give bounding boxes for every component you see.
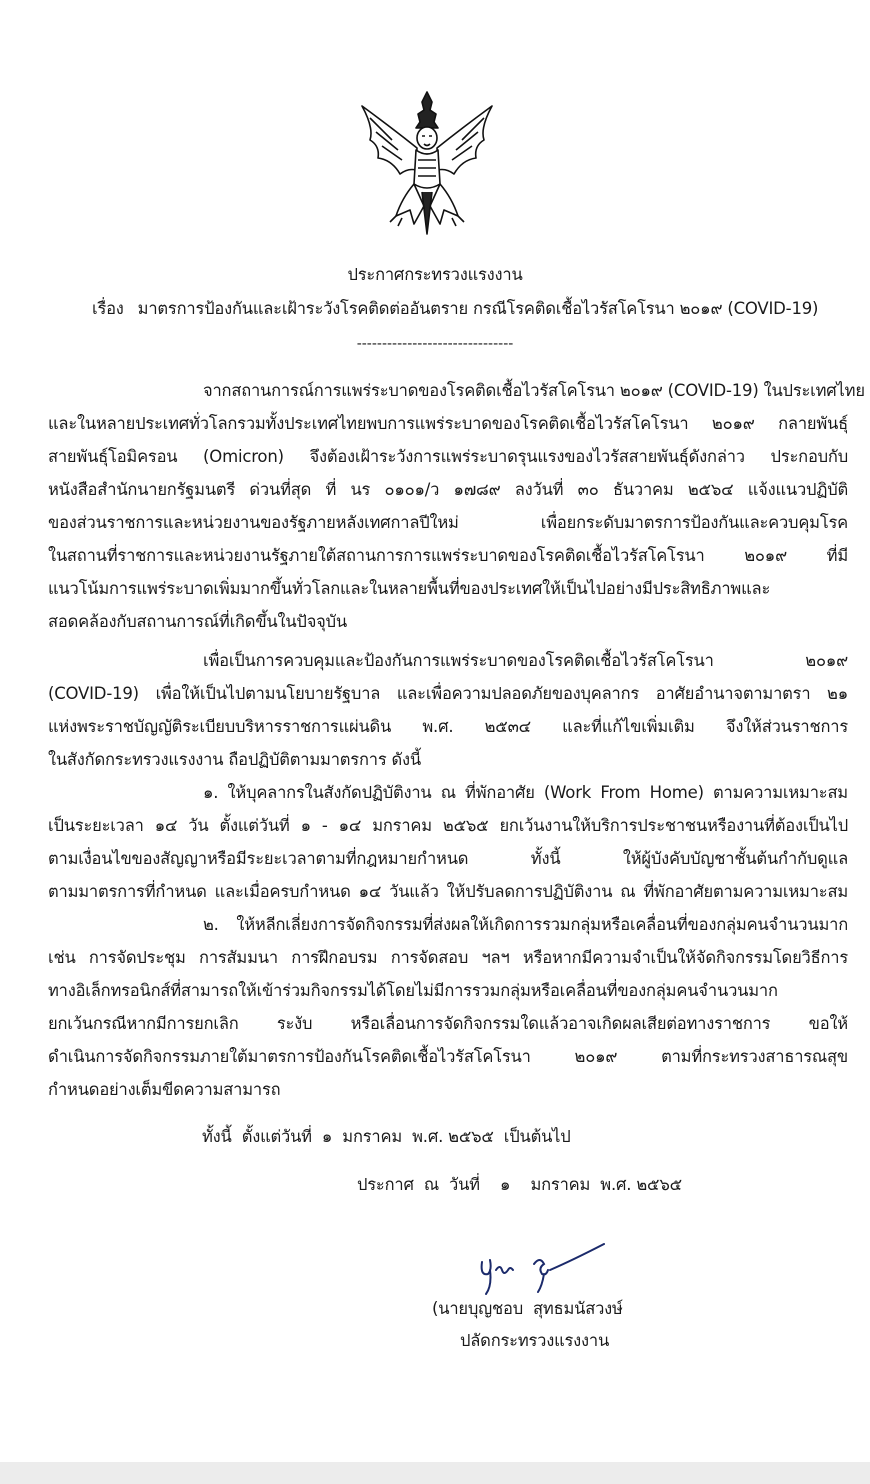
subject-text: มาตรการป้องกันและเฝ้าระวังโรคติดต่ออันตร… bbox=[138, 299, 819, 318]
paragraph-line: หนังสือสำนักนายกรัฐมนตรี ด่วนที่สุด ที่ … bbox=[48, 473, 848, 506]
paragraph-line: ตามเงื่อนไขของสัญญาหรือมีระยะเวลาตามที่ก… bbox=[48, 842, 848, 875]
document-subject: เรื่องมาตรการป้องกันและเฝ้าระวังโรคติดต่… bbox=[92, 296, 818, 322]
paragraph-line: ตามมาตรการที่กำหนด และเมื่อครบกำหนด ๑๔ ว… bbox=[48, 875, 848, 908]
measure-item-2: ๒. ให้หลีกเลี่ยงการจัดกิจกรรมที่ส่งผลให้… bbox=[48, 908, 848, 1106]
paragraph-line: เป็นระยะเวลา ๑๔ วัน ตั้งแต่วันที่ ๑ - ๑๔… bbox=[48, 809, 848, 842]
paragraph-line: กำหนดอย่างเต็มขีดความสามารถ bbox=[48, 1073, 848, 1106]
handwritten-signature-icon bbox=[478, 1240, 608, 1300]
paragraph-line: ในสถานที่ราชการและหน่วยงานรัฐภายใต้สถานก… bbox=[48, 539, 848, 572]
paragraph-line: ยกเว้นกรณีหากมีการยกเลิก ระงับ หรือเลื่อ… bbox=[48, 1007, 848, 1040]
paragraph-line: ในสังกัดกระทรวงแรงงาน ถือปฏิบัติตามมาตรก… bbox=[48, 743, 848, 776]
paragraph-line: ของส่วนราชการและหน่วยงานของรัฐภายหลังเทศ… bbox=[48, 506, 848, 539]
paragraph-line: จากสถานการณ์การแพร่ระบาดของโรคติดเชื้อไว… bbox=[48, 374, 848, 407]
document-page: ประกาศกระทรวงแรงงาน เรื่องมาตรการป้องกัน… bbox=[0, 0, 870, 1462]
paragraph-line: เช่น การจัดประชุม การสัมมนา การฝึกอบรม ก… bbox=[48, 941, 848, 974]
paragraph-measures-intro: เพื่อเป็นการควบคุมและป้องกันการแพร่ระบาด… bbox=[48, 644, 848, 776]
garuda-emblem-icon bbox=[352, 88, 502, 236]
paragraph-line: ๑. ให้บุคลากรในสังกัดปฏิบัติงาน ณ ที่พัก… bbox=[48, 776, 848, 809]
paragraph-line: ๒. ให้หลีกเลี่ยงการจัดกิจกรรมที่ส่งผลให้… bbox=[48, 908, 848, 941]
paragraph-line: แห่งพระราชบัญญัติระเบียบบริหารราชการแผ่น… bbox=[48, 710, 848, 743]
paragraph-line: ดำเนินการจัดกิจกรรมภายใต้มาตรการป้องกันโ… bbox=[48, 1040, 848, 1073]
paragraph-line: สอดคล้องกับสถานการณ์ที่เกิดขึ้นในปัจจุบั… bbox=[48, 605, 848, 638]
paragraph-background: จากสถานการณ์การแพร่ระบาดของโรคติดเชื้อไว… bbox=[48, 374, 848, 638]
document-title: ประกาศกระทรวงแรงงาน bbox=[0, 262, 870, 288]
paragraph-line: ทางอิเล็กทรอนิกส์ที่สามารถให้เข้าร่วมกิจ… bbox=[48, 974, 848, 1007]
paragraph-line: และในหลายประเทศทั่วโลกรวมทั้งประเทศไทยพบ… bbox=[48, 407, 848, 440]
subject-label: เรื่อง bbox=[92, 299, 124, 318]
paragraph-line: แนวโน้มการแพร่ระบาดเพิ่มมากขึ้นทั่วโลกแล… bbox=[48, 572, 848, 605]
paragraph-line: (COVID-19) เพื่อให้เป็นไปตามนโยบายรัฐบาล… bbox=[48, 677, 848, 710]
announcement-date: ประกาศ ณ วันที่ ๑ มกราคม พ.ศ. ๒๕๖๕ bbox=[357, 1172, 682, 1198]
effective-date: ทั้งนี้ ตั้งแต่วันที่ ๑ มกราคม พ.ศ. ๒๕๖๕… bbox=[202, 1124, 571, 1150]
page-edge bbox=[0, 1462, 870, 1484]
signer-title: ปลัดกระทรวงแรงงาน bbox=[460, 1328, 609, 1354]
paragraph-line: เพื่อเป็นการควบคุมและป้องกันการแพร่ระบาด… bbox=[48, 644, 848, 677]
signer-name: (นายบุญชอบ สุทธมนัสวงษ์ bbox=[432, 1296, 623, 1322]
measure-item-1: ๑. ให้บุคลากรในสังกัดปฏิบัติงาน ณ ที่พัก… bbox=[48, 776, 848, 908]
paragraph-line: สายพันธุ์โอมิครอน (Omicron) จึงต้องเฝ้าร… bbox=[48, 440, 848, 473]
divider: ------------------------------- bbox=[0, 336, 870, 352]
